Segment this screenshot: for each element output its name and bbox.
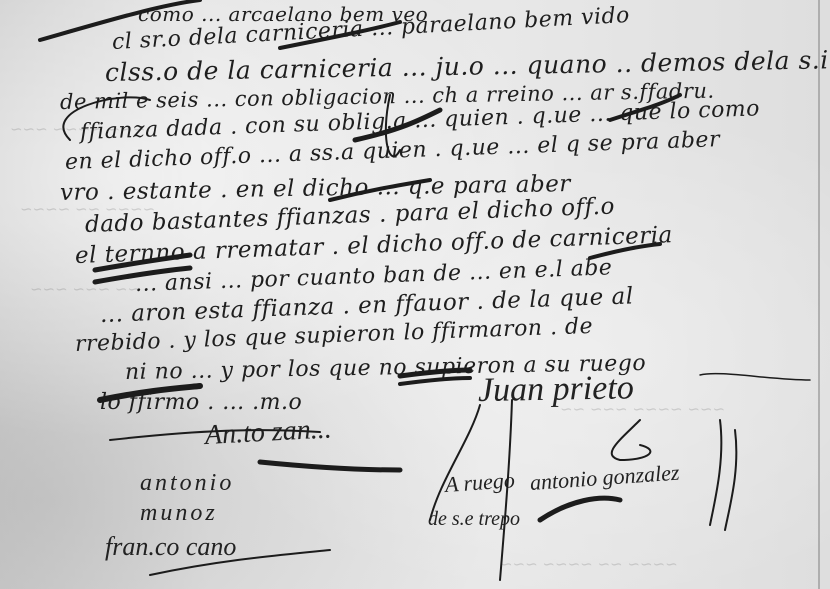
- signature-antonio-zan: An.to zan...: [204, 413, 332, 452]
- bleed-through-text: ~~ ~~~ ~~~: [30, 280, 140, 298]
- bleed-through-text: ~~~~ ~~ ~~~~ ~~~: [500, 555, 678, 573]
- page-edge-line: [818, 0, 820, 589]
- signature-testigo: de s.e trepo: [428, 508, 520, 531]
- signature-francisco-cano: fran.co cano: [105, 532, 236, 562]
- signature-antonio-gonzalez: antonio gonzalez: [529, 460, 680, 496]
- manuscript-line: clss.o de la carniceria ... ju.o ... qua…: [105, 45, 829, 87]
- signature-juan-prieto: Juan prieto: [478, 369, 634, 410]
- signature-antonio-munoz: antonio munoz: [140, 468, 320, 528]
- manuscript-line: lo ffirmo . ... .m.o: [100, 390, 302, 415]
- signature-a-ruego: A ruego: [444, 467, 516, 498]
- manuscript-page: ~~~ ~~~~ ~~~ ~~~~ ~~ ~~~~ ~~ ~~~ ~~~ ~~~…: [0, 0, 830, 589]
